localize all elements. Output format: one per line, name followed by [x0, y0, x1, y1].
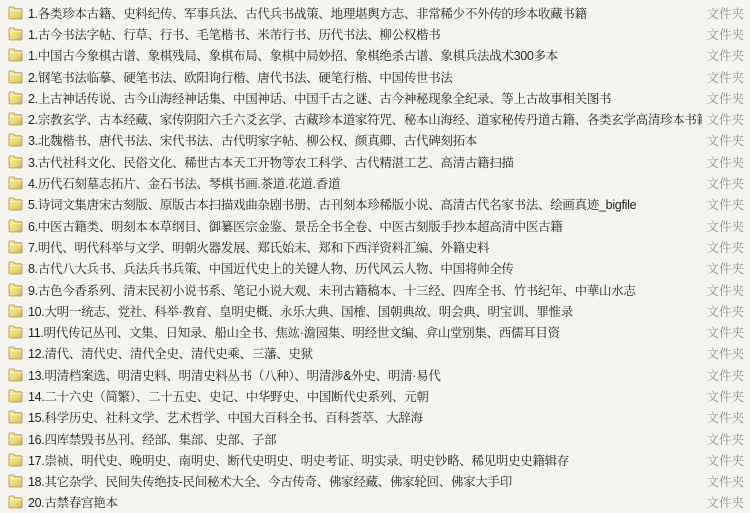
folder-name: 11.明代传记丛刊、文集、日知录、船山全书、焦竑·澹园集、明经世文编、弇山堂别集… — [28, 323, 702, 341]
folder-row[interactable]: 16.四库禁毁书丛刊、经部、集部、史部、子部 文件夹 — [0, 428, 750, 449]
folder-name: 16.四库禁毁书丛刊、经部、集部、史部、子部 — [28, 430, 702, 448]
folder-icon — [7, 261, 24, 276]
folder-type-label: 文件夹 — [702, 46, 750, 64]
folder-type-label: 文件夹 — [702, 195, 750, 213]
folder-type-label: 文件夹 — [702, 110, 750, 128]
folder-name: 8.古代八大兵书、兵法兵书兵策、中国近代史上的关键人物、历代风云人物、中国将帅全… — [28, 259, 702, 277]
folder-type-label: 文件夹 — [702, 153, 750, 171]
folder-icon — [7, 69, 24, 84]
folder-type-label: 文件夹 — [702, 366, 750, 384]
folder-type-label: 文件夹 — [702, 451, 750, 469]
folder-icon — [7, 431, 24, 446]
folder-type-label: 文件夹 — [702, 217, 750, 235]
folder-name: 3.北魏楷书、唐代书法、宋代书法、古代明家字帖、柳公权、颜真卿、古代碑刻拓本 — [28, 131, 702, 149]
folder-name: 20.古禁春宫艳本 — [28, 493, 702, 511]
folder-name: 2.上古神话传说、古今山海经神话集、中国神话、中国千古之谜、古今神秘现象全纪录、… — [28, 89, 702, 107]
folder-name: 13.明清档案选、明清史料、明清史料丛书（八种）、明清涉&外史、明清·易代 — [28, 366, 702, 384]
folder-name: 15.科学历史、社科文学、艺术哲学、中国大百科全书、百科荟萃、大辞海 — [28, 408, 702, 426]
folder-type-label: 文件夹 — [702, 302, 750, 320]
folder-icon — [7, 218, 24, 233]
folder-row[interactable]: 8.古代八大兵书、兵法兵书兵策、中国近代史上的关键人物、历代风云人物、中国将帅全… — [0, 258, 750, 279]
folder-icon — [7, 90, 24, 105]
folder-name: 2.宗教玄学、古本经藏、家传阴阳六壬六爻玄学、古藏珍本道家符咒、秘本山海经、道家… — [28, 110, 702, 128]
folder-type-label: 文件夹 — [702, 281, 750, 299]
folder-type-label: 文件夹 — [702, 493, 750, 511]
folder-type-label: 文件夹 — [702, 25, 750, 43]
folder-type-label: 文件夹 — [702, 131, 750, 149]
folder-row[interactable]: 1.中国古今象棋古谱、象棋残局、象棋布局、象棋中局妙招、象棋绝杀古谱、象棋兵法战… — [0, 45, 750, 66]
folder-row[interactable]: 5.诗词文集唐宋古刻版、原版古本扫描戏曲杂剧书册、古刊刻本珍稀版小说、高清古代名… — [0, 194, 750, 215]
folder-icon — [7, 346, 24, 361]
folder-name: 4.历代石刻墓志拓片、金石书法、琴棋书画.茶道.花道.香道 — [28, 174, 702, 192]
folder-row[interactable]: 12.清代、清代史、清代全史、清代史乘、三藩、史狱 文件夹 — [0, 343, 750, 364]
folder-icon — [7, 133, 24, 148]
folder-icon — [7, 325, 24, 340]
folder-name: 5.诗词文集唐宋古刻版、原版古本扫描戏曲杂剧书册、古刊刻本珍稀版小说、高清古代名… — [28, 195, 702, 213]
folder-row[interactable]: 17.崇祯、明代史、晚明史、南明史、断代史明史、明史考证、明实录、明史钞略、稀见… — [0, 449, 750, 470]
folder-type-label: 文件夹 — [702, 344, 750, 362]
folder-name: 18.其它杂学、民间失传绝技-民间秘术大全、今古传奇、佛家经藏、佛家轮回、佛家大… — [28, 472, 702, 490]
folder-row[interactable]: 6.中医古籍类、明刻本本草纲目、御纂医宗金鉴、景岳全书全卷、中医古刻版手抄本超高… — [0, 215, 750, 236]
folder-icon — [7, 474, 24, 489]
folder-icon — [7, 112, 24, 127]
folder-name: 12.清代、清代史、清代全史、清代史乘、三藩、史狱 — [28, 344, 702, 362]
folder-name: 2.钢笔书法临摹、硬笔书法、欧阳询行楷、唐代书法、硬笔行楷、中国传世书法 — [28, 68, 702, 86]
folder-icon — [7, 388, 24, 403]
folder-icon — [7, 282, 24, 297]
folder-icon — [7, 5, 24, 20]
folder-name: 1.古今书法字帖、行草、行书、毛笔楷书、米芾行书、历代书法、柳公权楷书 — [28, 25, 702, 43]
folder-row[interactable]: 20.古禁春宫艳本 文件夹 — [0, 492, 750, 513]
folder-row[interactable]: 2.上古神话传说、古今山海经神话集、中国神话、中国千古之谜、古今神秘现象全纪录、… — [0, 87, 750, 108]
folder-type-label: 文件夹 — [702, 430, 750, 448]
folder-icon — [7, 452, 24, 467]
folder-row[interactable]: 10.大明一统志、党社、科举·教育、皇明史概、永乐大典、国榷、国朝典故、明会典、… — [0, 300, 750, 321]
folder-type-label: 文件夹 — [702, 174, 750, 192]
folder-icon — [7, 367, 24, 382]
folder-type-label: 文件夹 — [702, 472, 750, 490]
folder-name: 7.明代、明代科举与文学、明朝火器发展、郑氏始末、郑和下西洋资料汇编、外籍史料 — [28, 238, 702, 256]
folder-row[interactable]: 3.北魏楷书、唐代书法、宋代书法、古代明家字帖、柳公权、颜真卿、古代碑刻拓本 文… — [0, 130, 750, 151]
folder-name: 6.中医古籍类、明刻本本草纲目、御纂医宗金鉴、景岳全书全卷、中医古刻版手抄本超高… — [28, 217, 702, 235]
folder-row[interactable]: 3.古代社科文化、民俗文化、稀世古本天工开物等农工科学、古代精湛工艺、高清古籍扫… — [0, 151, 750, 172]
folder-type-label: 文件夹 — [702, 408, 750, 426]
folder-type-label: 文件夹 — [702, 4, 750, 22]
folder-row[interactable]: 1.各类珍本古籍、史料纪传、军事兵法、古代兵书战策、地理堪舆方志、非常稀少不外传… — [0, 2, 750, 23]
folder-type-label: 文件夹 — [702, 259, 750, 277]
folder-row[interactable]: 18.其它杂学、民间失传绝技-民间秘术大全、今古传奇、佛家经藏、佛家轮回、佛家大… — [0, 471, 750, 492]
folder-icon — [7, 303, 24, 318]
file-list: 1.各类珍本古籍、史料纪传、军事兵法、古代兵书战策、地理堪舆方志、非常稀少不外传… — [0, 0, 750, 513]
folder-name: 14.二十六史（简繁）、二十五史、史记、中华野史、中国断代史系列、元朝 — [28, 387, 702, 405]
folder-row[interactable]: 13.明清档案选、明清史料、明清史料丛书（八种）、明清涉&外史、明清·易代 文件… — [0, 364, 750, 385]
folder-icon — [7, 154, 24, 169]
folder-icon — [7, 239, 24, 254]
folder-row[interactable]: 9.古色今香系列、清末民初小说书系、笔记小说大观、未刊古籍稿本、十三经、四库全书… — [0, 279, 750, 300]
folder-row[interactable]: 15.科学历史、社科文学、艺术哲学、中国大百科全书、百科荟萃、大辞海 文件夹 — [0, 407, 750, 428]
folder-icon — [7, 48, 24, 63]
folder-name: 1.各类珍本古籍、史料纪传、军事兵法、古代兵书战策、地理堪舆方志、非常稀少不外传… — [28, 4, 702, 22]
folder-icon — [7, 495, 24, 510]
folder-name: 3.古代社科文化、民俗文化、稀世古本天工开物等农工科学、古代精湛工艺、高清古籍扫… — [28, 153, 702, 171]
folder-row[interactable]: 1.古今书法字帖、行草、行书、毛笔楷书、米芾行书、历代书法、柳公权楷书 文件夹 — [0, 23, 750, 44]
folder-icon — [7, 197, 24, 212]
folder-icon — [7, 176, 24, 191]
folder-name: 10.大明一统志、党社、科举·教育、皇明史概、永乐大典、国榷、国朝典故、明会典、… — [28, 302, 702, 320]
folder-type-label: 文件夹 — [702, 68, 750, 86]
folder-row[interactable]: 4.历代石刻墓志拓片、金石书法、琴棋书画.茶道.花道.香道 文件夹 — [0, 172, 750, 193]
folder-name: 17.崇祯、明代史、晚明史、南明史、断代史明史、明史考证、明实录、明史钞略、稀见… — [28, 451, 702, 469]
folder-type-label: 文件夹 — [702, 89, 750, 107]
folder-type-label: 文件夹 — [702, 323, 750, 341]
folder-row[interactable]: 11.明代传记丛刊、文集、日知录、船山全书、焦竑·澹园集、明经世文编、弇山堂别集… — [0, 321, 750, 342]
folder-row[interactable]: 7.明代、明代科举与文学、明朝火器发展、郑氏始末、郑和下西洋资料汇编、外籍史料 … — [0, 236, 750, 257]
folder-icon — [7, 26, 24, 41]
folder-type-label: 文件夹 — [702, 238, 750, 256]
folder-name: 9.古色今香系列、清末民初小说书系、笔记小说大观、未刊古籍稿本、十三经、四库全书… — [28, 281, 702, 299]
folder-type-label: 文件夹 — [702, 387, 750, 405]
folder-name: 1.中国古今象棋古谱、象棋残局、象棋布局、象棋中局妙招、象棋绝杀古谱、象棋兵法战… — [28, 46, 702, 64]
folder-row[interactable]: 2.钢笔书法临摹、硬笔书法、欧阳询行楷、唐代书法、硬笔行楷、中国传世书法 文件夹 — [0, 66, 750, 87]
folder-row[interactable]: 14.二十六史（简繁）、二十五史、史记、中华野史、中国断代史系列、元朝 文件夹 — [0, 385, 750, 406]
folder-row[interactable]: 2.宗教玄学、古本经藏、家传阴阳六壬六爻玄学、古藏珍本道家符咒、秘本山海经、道家… — [0, 108, 750, 129]
folder-icon — [7, 410, 24, 425]
